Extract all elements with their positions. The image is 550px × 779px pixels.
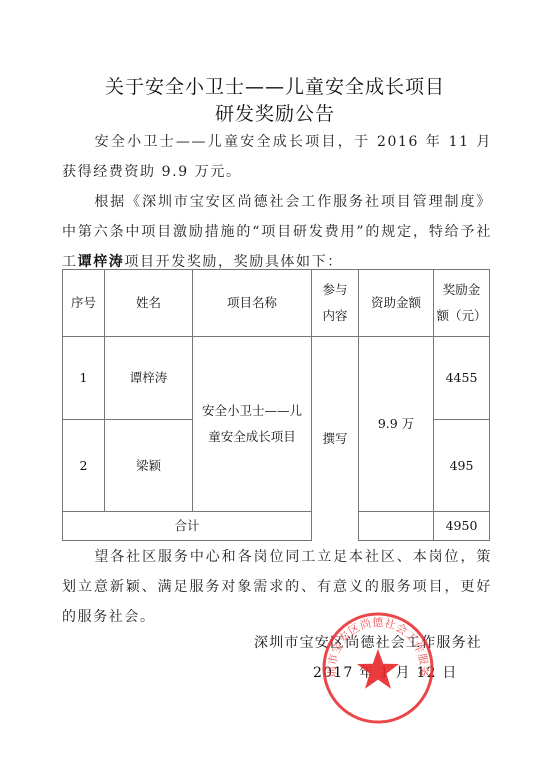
header-name: 姓名 [105, 270, 193, 337]
paragraph-closing-text: 望各社区服务中心和各岗位同工立足本社区、本岗位，策划立意新颖、满足服务对象需求的… [62, 549, 492, 625]
document-title-line2: 研发奖励公告 [0, 99, 550, 126]
header-award: 奖励金 额（元） [434, 270, 490, 337]
row-no: 1 [63, 337, 105, 420]
document-title-line1: 关于安全小卫士——儿童安全成长项目 [0, 72, 550, 99]
project-name-line1: 安全小卫士——儿 [193, 398, 311, 424]
header-participation-line1: 参与 [312, 277, 358, 303]
row-no: 2 [63, 420, 105, 512]
paragraph-regulation-tail: 项目开发奖励，奖励具体如下： [124, 254, 342, 270]
table-header-row: 序号 姓名 项目名称 参与 内容 资助金额 奖励金 额（元） [63, 270, 490, 337]
signature-organization: 深圳市宝安区尚德社会工作服务社 [254, 632, 482, 652]
total-label: 合计 [63, 512, 312, 541]
header-funding: 资助金额 [359, 270, 434, 337]
header-participation: 参与 内容 [312, 270, 359, 337]
paragraph-funding-text: 安全小卫士——儿童安全成长项目，于 2016 年 11 月获得经费资助 9.9 … [62, 134, 492, 180]
row-name: 梁颖 [105, 420, 193, 512]
total-value: 4950 [434, 512, 490, 541]
row-name: 谭梓涛 [105, 337, 193, 420]
header-award-line2: 额（元） [434, 303, 489, 329]
header-no: 序号 [63, 270, 105, 337]
funding-cell: 9.9 万 [359, 337, 434, 512]
signature-date: 2017 年 1 月 12 日 [313, 662, 458, 682]
table-row: 1 谭梓涛 安全小卫士——儿 童安全成长项目 撰写 9.9 万 4455 [63, 337, 490, 420]
table-total-row: 合计 4950 [63, 512, 490, 541]
header-project: 项目名称 [193, 270, 312, 337]
worker-name-bold: 谭梓涛 [78, 254, 125, 270]
total-empty [359, 512, 434, 541]
project-name-line2: 童安全成长项目 [193, 424, 311, 450]
header-award-line1: 奖励金 [434, 277, 489, 303]
project-name-cell: 安全小卫士——儿 童安全成长项目 [193, 337, 312, 512]
award-table: 序号 姓名 项目名称 参与 内容 资助金额 奖励金 额（元） 1 谭梓涛 安全小… [62, 269, 490, 541]
paragraph-regulation: 根据《深圳市宝安区尚德社会工作服务社项目管理制度》中第六条中项目激励措施的“项目… [62, 187, 492, 277]
participation-cell: 撰写 [312, 337, 359, 541]
row-award: 4455 [434, 337, 490, 420]
header-participation-line2: 内容 [312, 303, 358, 329]
row-award: 495 [434, 420, 490, 512]
paragraph-funding: 安全小卫士——儿童安全成长项目，于 2016 年 11 月获得经费资助 9.9 … [62, 127, 492, 187]
paragraph-closing: 望各社区服务中心和各岗位同工立足本社区、本岗位，策划立意新颖、满足服务对象需求的… [62, 542, 492, 632]
